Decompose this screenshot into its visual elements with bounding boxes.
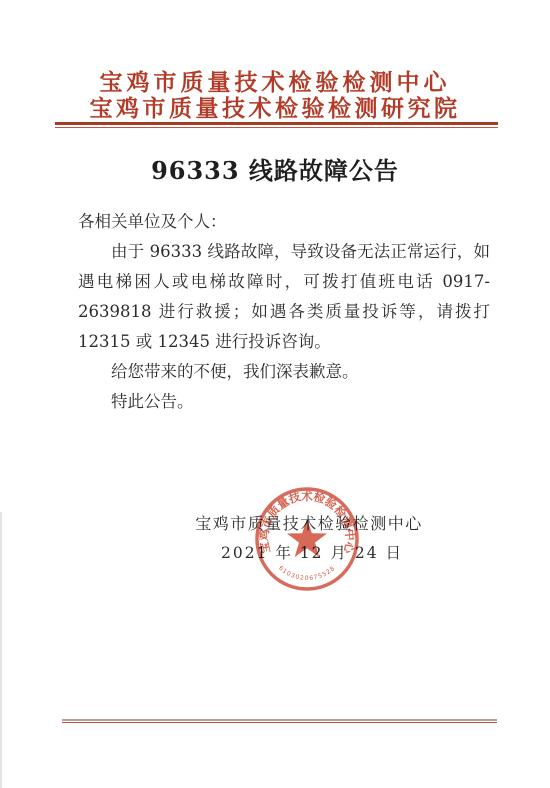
signature-organization: 宝鸡市质量技术检验检测中心 (0, 511, 550, 534)
letterhead-divider (55, 122, 498, 128)
letterhead-divider-thin-line (55, 127, 498, 128)
body-paragraph: 特此公告。 (78, 387, 490, 417)
document-body: 各相关单位及个人： 由于 96333 线路故障，导致设备无法正常运行，如遇电梯困… (78, 207, 490, 417)
scan-edge-artifact (0, 512, 2, 788)
letterhead: 宝鸡市质量技术检验检测中心 宝鸡市质量技术检验检测研究院 (0, 70, 550, 122)
seal-ring (257, 489, 357, 589)
body-paragraph: 给您带来的不便，我们深表歉意。 (78, 357, 490, 387)
letterhead-divider-thick-line (55, 122, 498, 125)
body-paragraph: 由于 96333 线路故障，导致设备无法正常运行，如遇电梯困人或电梯故障时，可拨… (78, 237, 490, 357)
notice-document-page: 宝鸡市质量技术检验检测中心 宝鸡市质量技术检验检测研究院 96333 线路故障公… (0, 0, 550, 788)
official-seal: 宝鸡市质量技术检验检测中心 6103020675528 (253, 485, 361, 593)
salutation-line: 各相关单位及个人： (78, 207, 490, 237)
signature-date: 2021 年 12 月 24 日 (0, 541, 550, 563)
footer-divider-gray-line (62, 719, 497, 721)
letterhead-org-center: 宝鸡市质量技术检验检测中心 (0, 70, 550, 96)
document-title: 96333 线路故障公告 (0, 151, 550, 186)
footer-divider-red-line (62, 722, 497, 723)
seal-serial-container: 6103020675528 (277, 565, 337, 582)
seal-serial-number: 6103020675528 (277, 565, 337, 582)
footer-divider (62, 719, 497, 723)
letterhead-org-institute: 宝鸡市质量技术检验检测研究院 (0, 96, 550, 122)
